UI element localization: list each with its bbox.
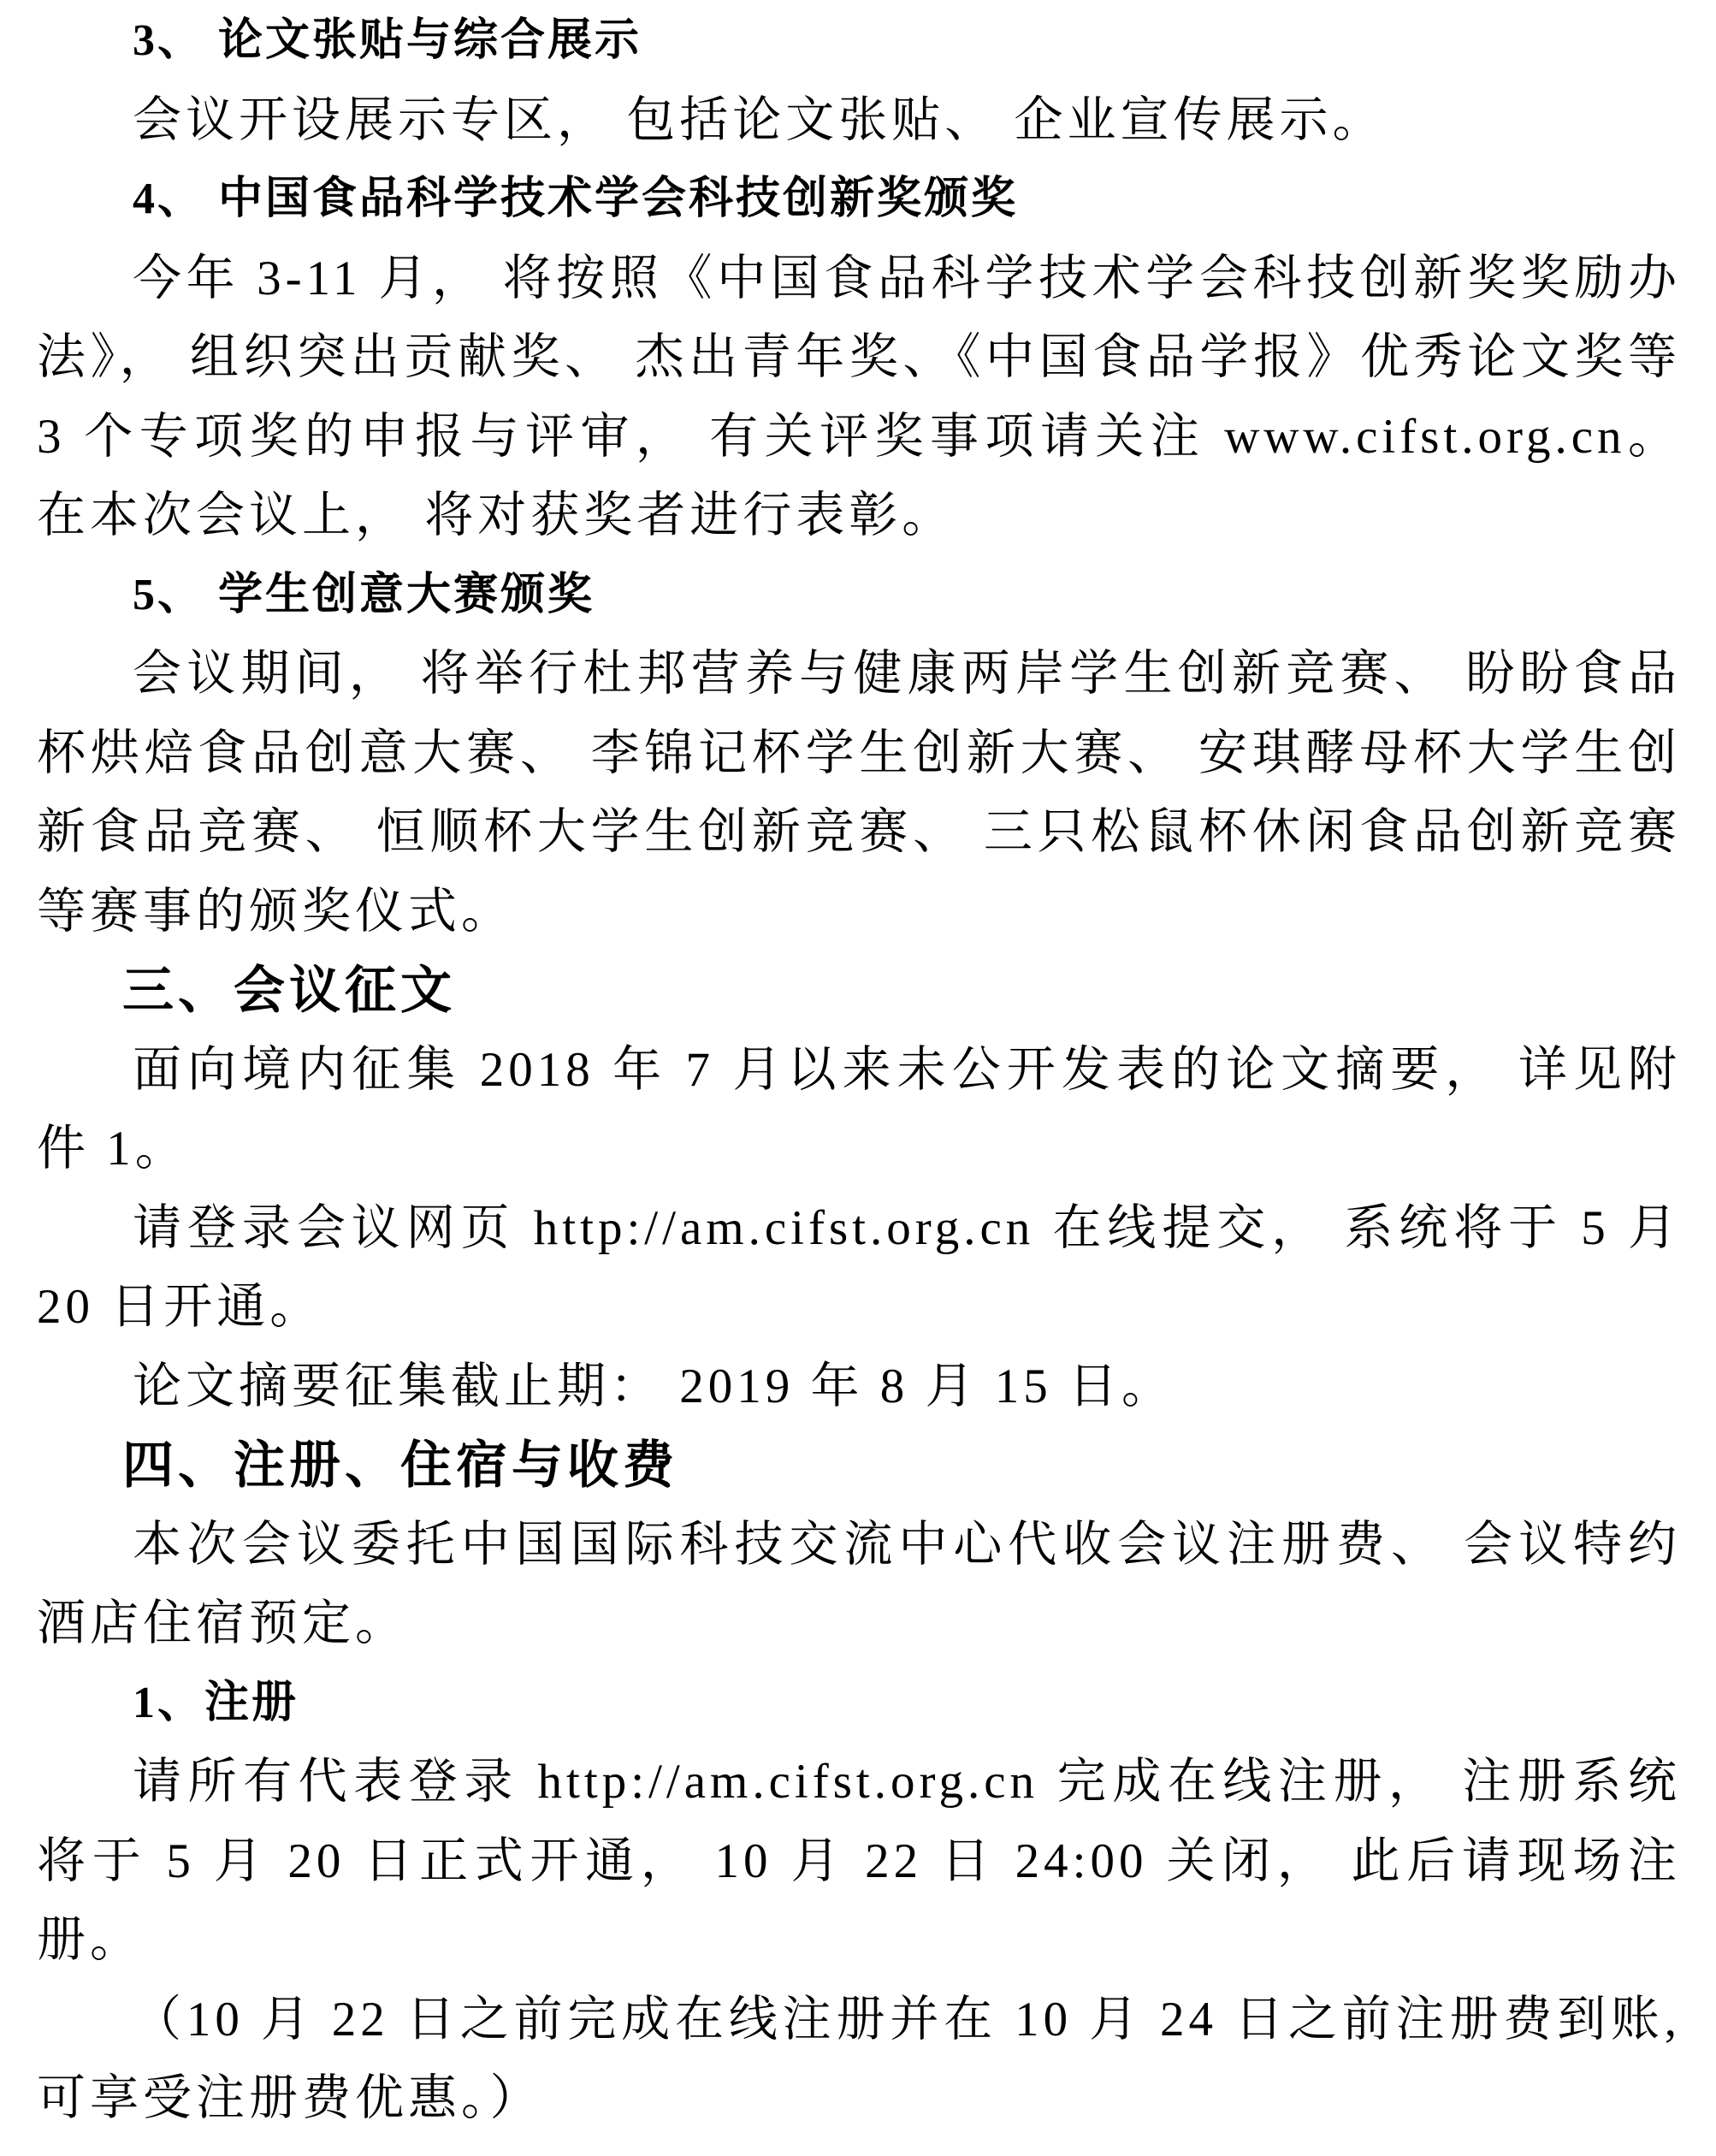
para-abstract-deadline: 论文摘要征集截止期： 2019 年 8 月 15 日。 xyxy=(37,1347,1681,1427)
document-page: 3、 论文张贴与综合展示 会议开设展示专区， 包括论文张贴、 企业宣传展示。 4… xyxy=(0,0,1716,2156)
heading-1-registration: 1、注册 xyxy=(37,1664,1681,1744)
para-online-submission: 请登录会议网页 http://am.cifst.org.cn 在线提交， 系统将… xyxy=(37,1189,1681,1347)
heading-sec3-call-for-papers: 三、会议征文 xyxy=(37,951,1681,1031)
para-award-application-review: 今年 3-11 月， 将按照《中国食品科学技术学会科技创新奖奖励办法》， 组织突… xyxy=(37,240,1681,556)
para-early-registration-discount: （10 月 22 日之前完成在线注册并在 10 月 24 日之前注册费到账,可享… xyxy=(37,1981,1681,2139)
para-online-registration-window: 请所有代表登录 http://am.cifst.org.cn 完成在线注册， 注… xyxy=(37,1743,1681,1981)
para-fee-collection-agent: 本次会议委托中国国际科技交流中心代收会议注册费、 会议特约酒店住宿预定。 xyxy=(37,1506,1681,1664)
heading-sec4-registration-fees: 四、注册、住宿与收费 xyxy=(37,1426,1681,1506)
heading-3-poster-display: 3、 论文张贴与综合展示 xyxy=(37,2,1681,81)
heading-5-student-contest-award: 5、 学生创意大赛颁奖 xyxy=(37,556,1681,636)
para-abstract-collection: 面向境内征集 2018 年 7 月以来未公开发表的论文摘要， 详见附件 1。 xyxy=(37,1031,1681,1189)
para-exhibit-area: 会议开设展示专区， 包括论文张贴、 企业宣传展示。 xyxy=(37,81,1681,161)
para-student-contests-list: 会议期间， 将举行杜邦营养与健康两岸学生创新竞赛、 盼盼食品杯烘焙食品创意大赛、… xyxy=(37,635,1681,951)
heading-4-innovation-award: 4、 中国食品科学技术学会科技创新奖颁奖 xyxy=(37,160,1681,240)
